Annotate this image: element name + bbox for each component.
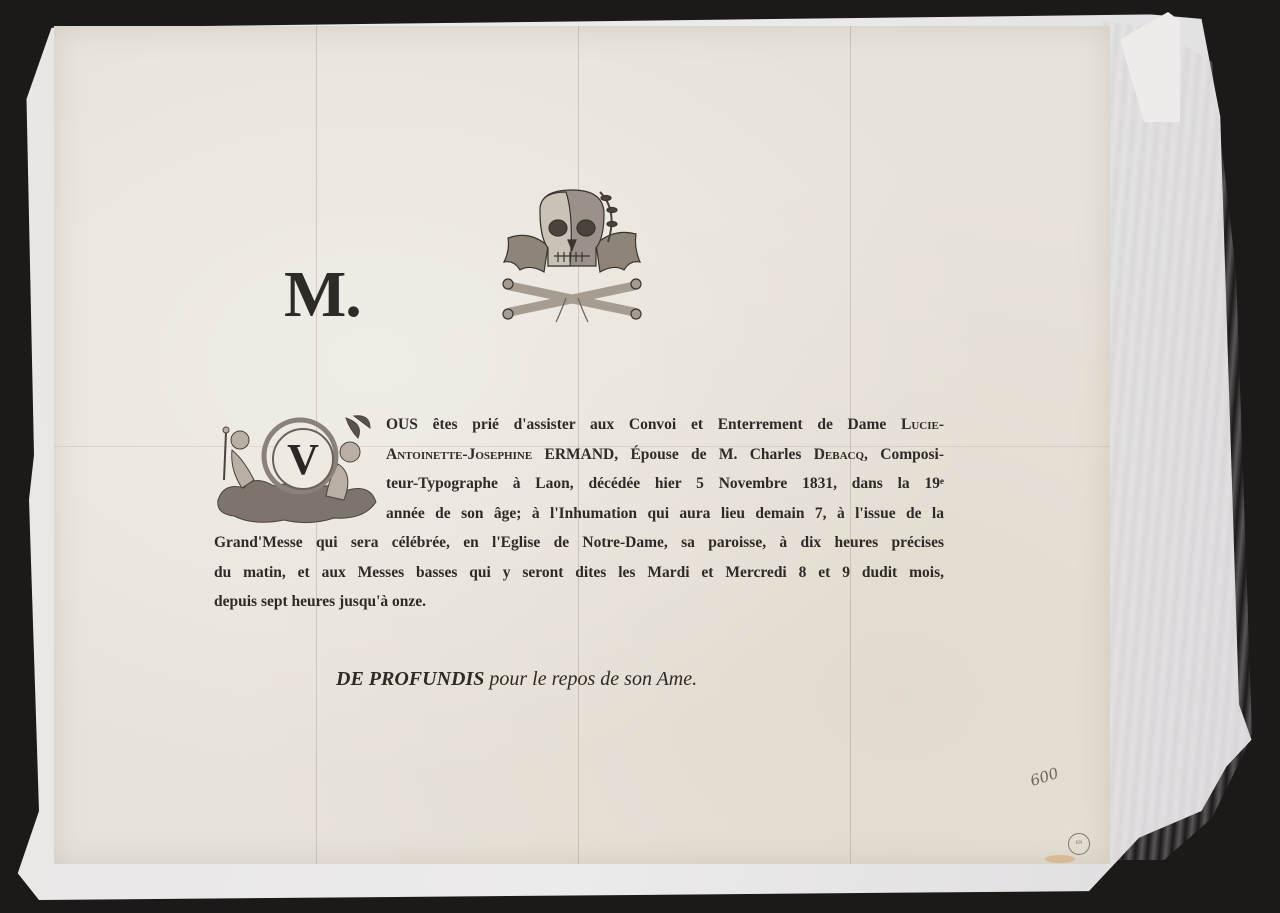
body-line-5: Grand'Messe qui sera célébrée, en l'Egli… xyxy=(214,528,944,558)
skull-crossbones-icon xyxy=(500,186,644,326)
body-line-6: du matin, et aux Messes basses qui y ser… xyxy=(214,558,944,588)
library-stamp-icon: BN xyxy=(1068,833,1090,855)
closing-rest: pour le repos de son Ame. xyxy=(484,668,697,690)
heading-initial: M. xyxy=(284,262,361,328)
body-line-7: depuis sept heures jusqu'à onze. xyxy=(214,587,944,617)
invitation-body: OUS êtes prié d'assister aux Convoi et E… xyxy=(214,410,944,617)
tissue-paper-wrinkles xyxy=(1100,20,1260,860)
body-line-2: Antoinette-Josephine ERMAND, Épouse de M… xyxy=(214,440,944,470)
body-line-1: OUS êtes prié d'assister aux Convoi et E… xyxy=(214,410,944,440)
closing-line: DE PROFUNDIS pour le repos de son Ame. xyxy=(336,668,697,691)
body-line-4: année de son âge; à l'Inhumation qui aur… xyxy=(214,499,944,529)
body-line-3: teur-Typographe à Laon, décédée hier 5 N… xyxy=(214,469,944,499)
foxing-stain xyxy=(1045,855,1075,863)
closing-bold: DE PROFUNDIS xyxy=(336,668,484,690)
